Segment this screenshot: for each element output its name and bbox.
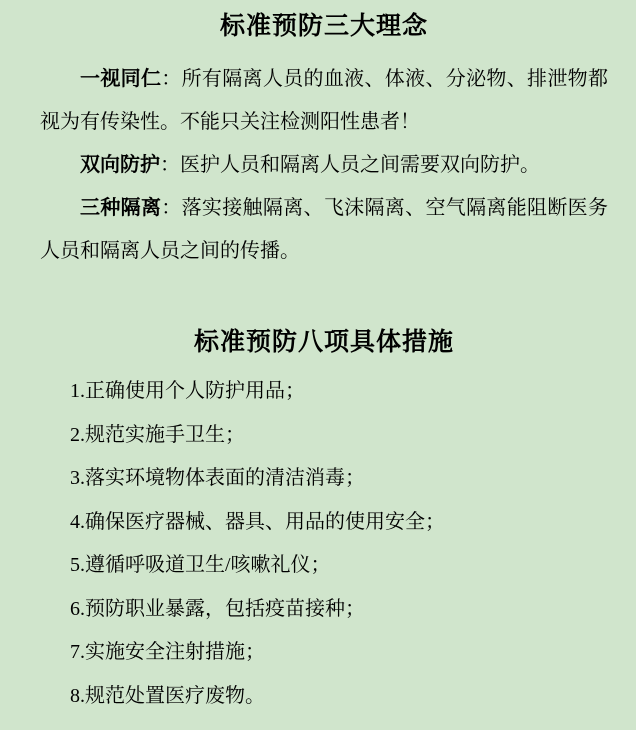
measure-item-6: 6.预防职业暴露，包括疫苗接种； bbox=[70, 588, 608, 632]
concept-paragraph-two-way-protection: 双向防护：医护人员和隔离人员之间需要双向防护。 bbox=[40, 144, 608, 187]
measure-text-1: 正确使用个人防护用品； bbox=[85, 380, 305, 402]
measure-text-7: 实施安全注射措施； bbox=[85, 641, 265, 663]
measure-text-3: 落实环境物体表面的清洁消毒； bbox=[85, 467, 365, 489]
measure-item-2: 2.规范实施手卫生； bbox=[70, 414, 608, 458]
measure-text-8: 规范处置医疗废物。 bbox=[85, 685, 265, 707]
measure-text-2: 规范实施手卫生； bbox=[85, 424, 245, 446]
concept-paragraph-equal-treatment: 一视同仁：所有隔离人员的血液、体液、分泌物、排泄物都视为有传染性。不能只关注检测… bbox=[40, 58, 608, 144]
measure-number-2: 2. bbox=[70, 424, 85, 446]
measure-item-8: 8.规范处置医疗废物。 bbox=[70, 675, 608, 719]
measures-list: 1.正确使用个人防护用品； 2.规范实施手卫生； 3.落实环境物体表面的清洁消毒… bbox=[40, 370, 608, 718]
measure-number-3: 3. bbox=[70, 467, 85, 489]
concept-lead-two-way-protection: 双向防护 bbox=[80, 154, 160, 176]
measure-number-6: 6. bbox=[70, 598, 85, 620]
concept-paragraph-three-isolations: 三种隔离：落实接触隔离、飞沫隔离、空气隔离能阻断医务人员和隔离人员之间的传播。 bbox=[40, 187, 608, 273]
concept-body-two-way-protection: ：医护人员和隔离人员之间需要双向防护。 bbox=[160, 154, 540, 176]
concept-lead-equal-treatment: 一视同仁 bbox=[80, 68, 161, 90]
measure-text-6: 预防职业暴露，包括疫苗接种； bbox=[85, 598, 365, 620]
measure-number-4: 4. bbox=[70, 511, 85, 533]
measure-item-7: 7.实施安全注射措施； bbox=[70, 631, 608, 675]
measure-number-1: 1. bbox=[70, 380, 85, 402]
measure-item-1: 1.正确使用个人防护用品； bbox=[70, 370, 608, 414]
concept-lead-three-isolations: 三种隔离 bbox=[80, 197, 161, 219]
document-page: 标准预防三大理念 一视同仁：所有隔离人员的血液、体液、分泌物、排泄物都视为有传染… bbox=[0, 0, 636, 730]
measures-title: 标准预防八项具体措施 bbox=[40, 326, 608, 360]
measure-item-4: 4.确保医疗器械、器具、用品的使用安全； bbox=[70, 501, 608, 545]
measure-item-3: 3.落实环境物体表面的清洁消毒； bbox=[70, 457, 608, 501]
measure-text-5: 遵循呼吸道卫生/咳嗽礼仪； bbox=[85, 554, 331, 576]
measure-number-5: 5. bbox=[70, 554, 85, 576]
measure-item-5: 5.遵循呼吸道卫生/咳嗽礼仪； bbox=[70, 544, 608, 588]
measure-number-8: 8. bbox=[70, 685, 85, 707]
concepts-title: 标准预防三大理念 bbox=[40, 10, 608, 44]
measure-text-4: 确保医疗器械、器具、用品的使用安全； bbox=[85, 511, 445, 533]
measure-number-7: 7. bbox=[70, 641, 85, 663]
